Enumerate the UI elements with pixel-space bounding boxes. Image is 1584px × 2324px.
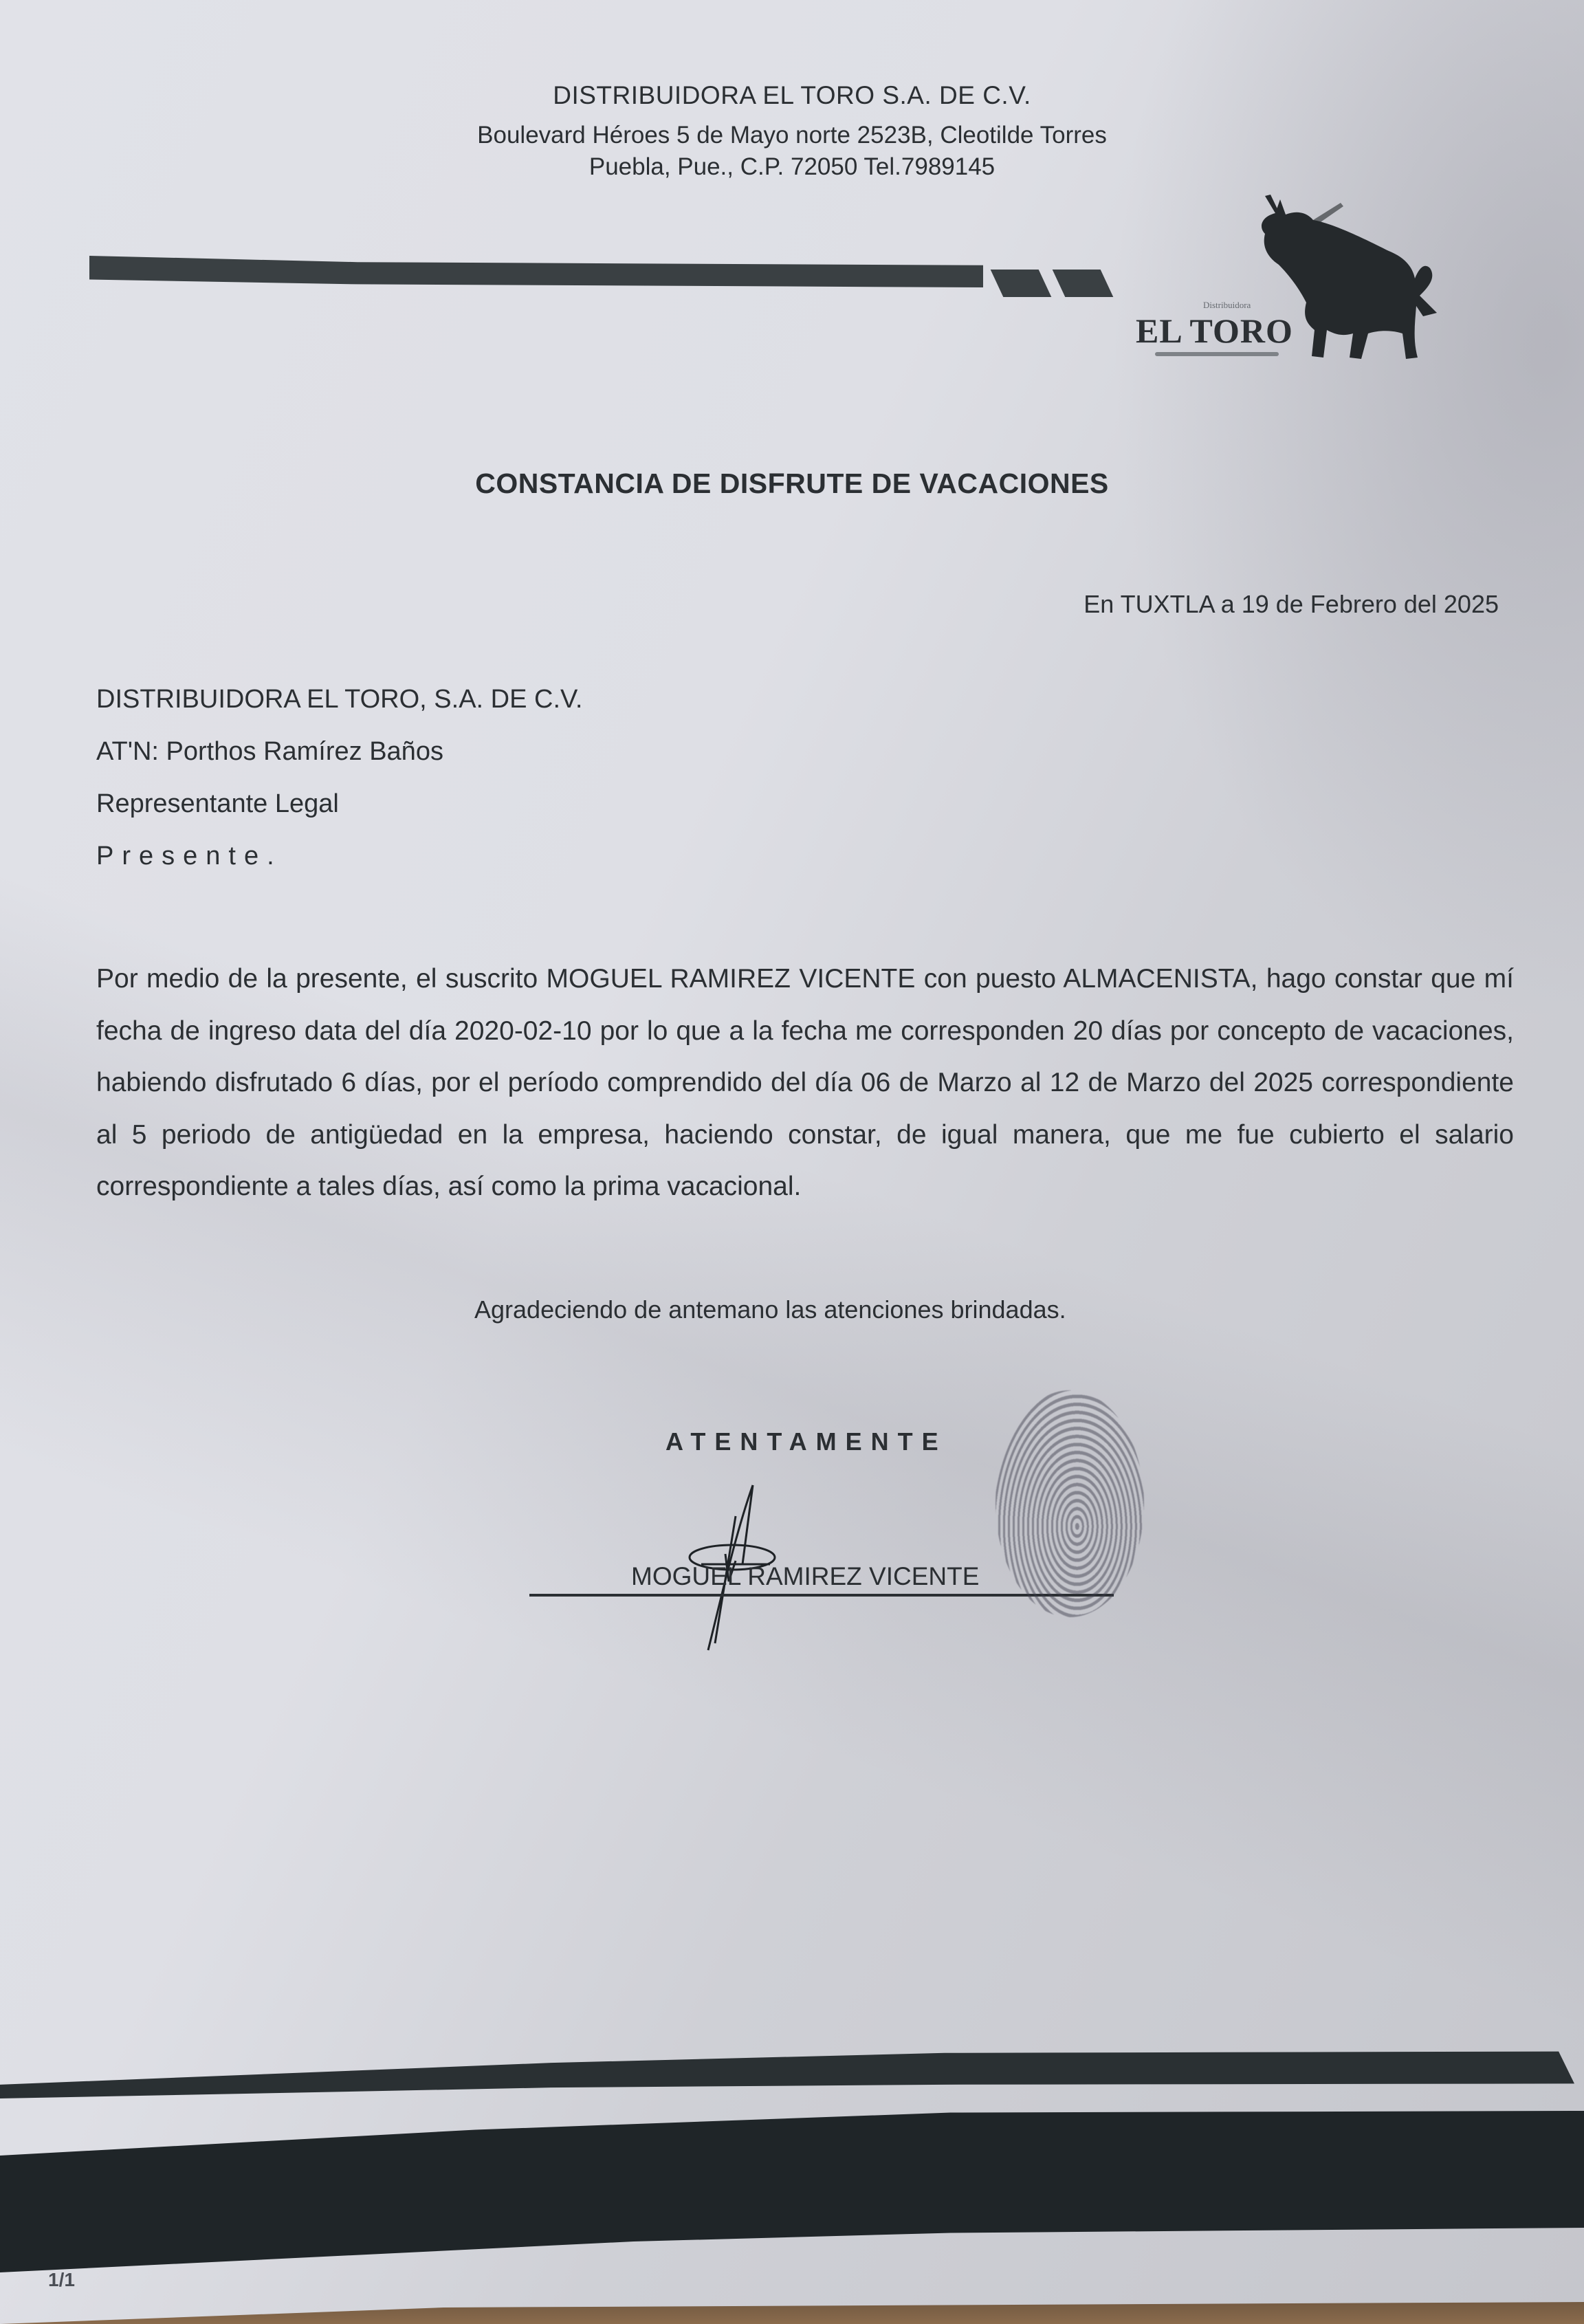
place-date: En TUXTLA a 19 de Febrero del 2025 <box>1083 590 1499 619</box>
address-line-2: Puebla, Pue., C.P. 72050 Tel.7989145 <box>0 151 1584 183</box>
body-paragraph: Por medio de la presente, el suscrito MO… <box>96 953 1514 1213</box>
closing-word: ATENTAMENTE <box>665 1427 947 1456</box>
document-title: CONSTANCIA DE DISFRUTE DE VACACIONES <box>0 468 1584 500</box>
bull-icon <box>1237 193 1451 364</box>
signer-name: MOGUEL RAMIREZ VICENTE <box>631 1562 979 1591</box>
closing-thanks: Agradeciendo de antemano las atenciones … <box>474 1295 1066 1324</box>
recipient-attention: AT'N: Porthos Ramírez Baños <box>96 737 443 767</box>
recipient-company: DISTRIBUIDORA EL TORO, S.A. DE C.V. <box>96 685 582 714</box>
letterhead-company: DISTRIBUIDORA EL TORO S.A. DE C.V. <box>0 81 1584 110</box>
address-line-1: Boulevard Héroes 5 de Mayo norte 2523B, … <box>0 120 1584 151</box>
letterhead-address: Boulevard Héroes 5 de Mayo norte 2523B, … <box>0 120 1584 183</box>
page-counter: 1/1 <box>48 2269 75 2291</box>
fingerprint-icon <box>995 1390 1144 1617</box>
recipient-greeting: Presente. <box>96 842 283 871</box>
recipient-role: Representante Legal <box>96 789 339 819</box>
